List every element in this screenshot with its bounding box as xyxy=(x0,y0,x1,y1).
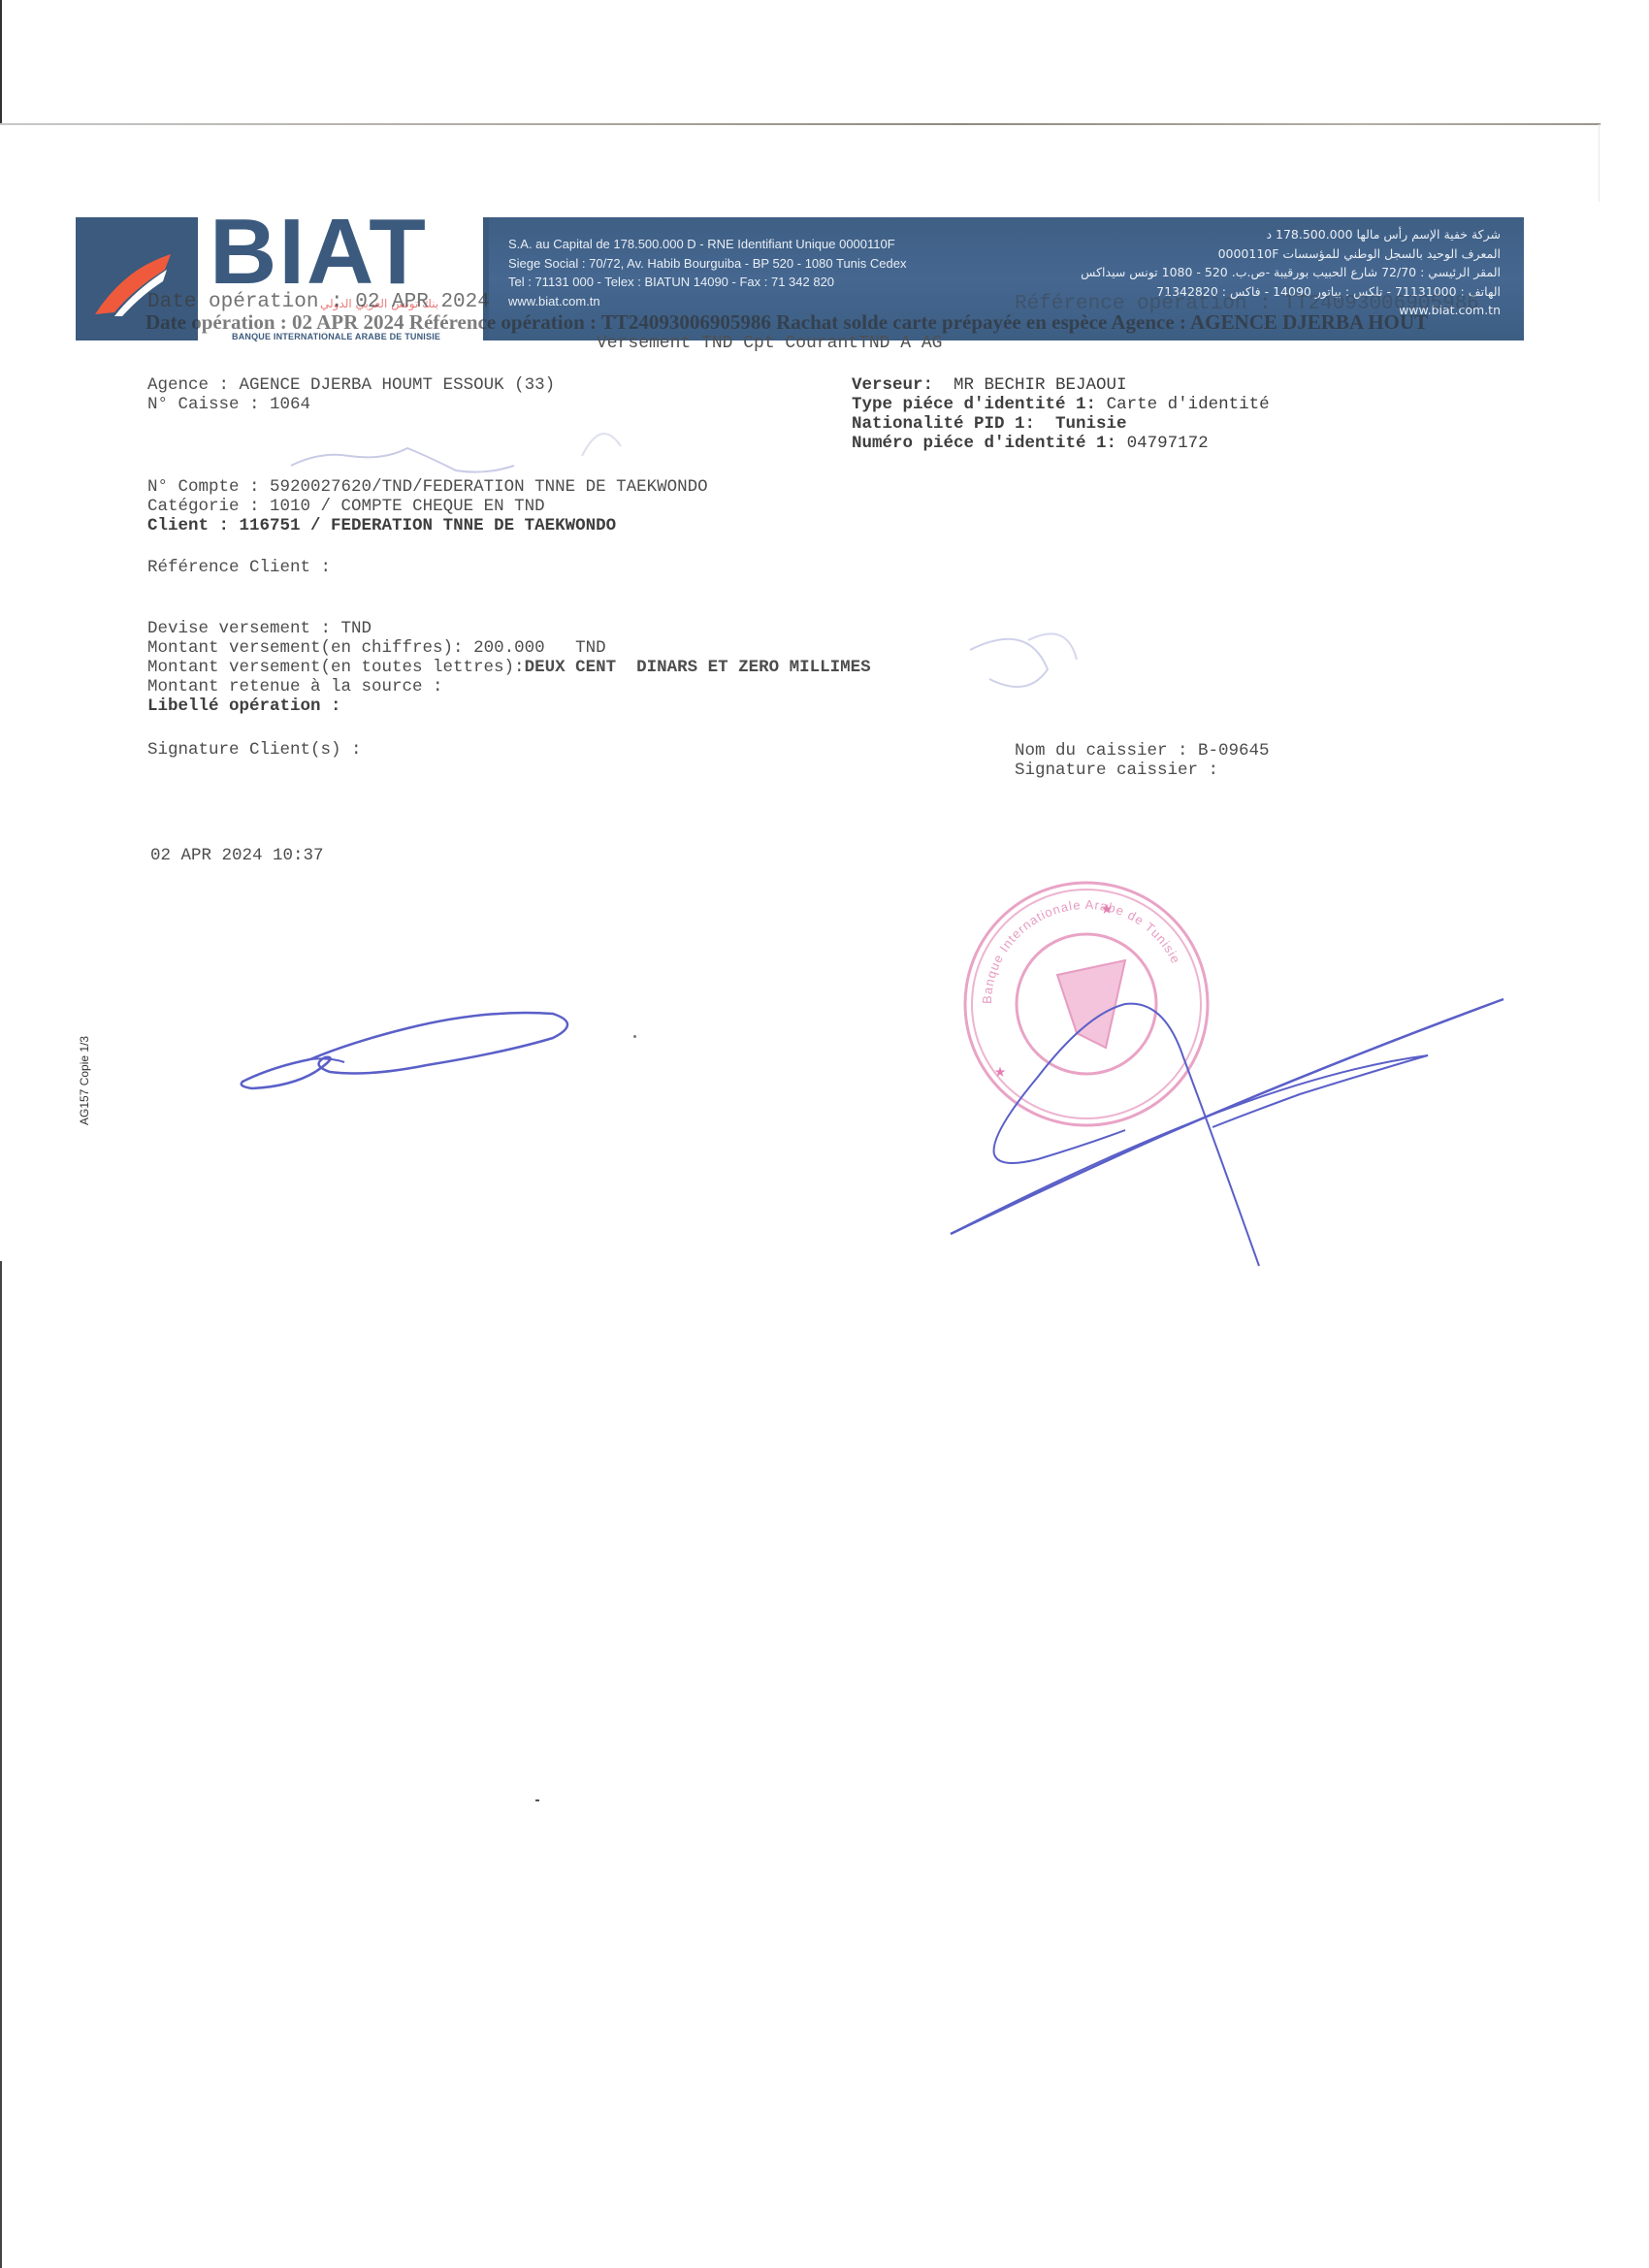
compte-label: N° Compte : xyxy=(147,477,260,497)
montant-lettres-line: Montant versement(en toutes lettres):DEU… xyxy=(147,658,871,678)
caissier-name-value: B-09645 xyxy=(1198,741,1270,761)
agence-line: Agence : AGENCE DJERBA HOUMT ESSOUK (33) xyxy=(147,375,555,396)
type-piece-line: Type piéce d'identité 1: Carte d'identit… xyxy=(852,395,1270,415)
categorie-line: Catégorie : 1010 / COMPTE CHEQUE EN TND xyxy=(147,497,545,517)
type-piece-value: Carte d'identité xyxy=(1107,395,1270,414)
ink-dot xyxy=(633,1035,636,1038)
categorie-label: Catégorie : xyxy=(147,497,260,516)
verseur-line: Verseur: MR BECHIR BEJAOUI xyxy=(852,375,1127,396)
operation-subtitle: Versement TND Cpt CourantTND A AG xyxy=(597,334,942,354)
montant-lettres-label: Montant versement(en toutes lettres): xyxy=(147,658,525,677)
libelle-line: Libellé opération : xyxy=(147,697,351,717)
nationalite-label: Nationalité PID 1: xyxy=(852,414,1035,434)
type-piece-label: Type piéce d'identité 1: xyxy=(852,395,1096,414)
caisse-line: N° Caisse : 1064 xyxy=(147,395,310,415)
verseur-label: Verseur: xyxy=(852,375,933,395)
client-line: Client : 116751 / FEDERATION TNNE DE TAE… xyxy=(147,516,616,536)
scan-edge-bottom xyxy=(0,1261,2,2268)
copy-label: AG157 Copie 1/3 xyxy=(78,1036,91,1125)
montant-chiffres-value: 200.000 TND xyxy=(473,638,606,658)
date-reference-line: Date opération : 02 APR 2024 Référence o… xyxy=(145,310,1428,335)
client-signature xyxy=(233,989,582,1096)
info-ar-line: المعرف الوحيد بالسجل الوطني للمؤسسات 000… xyxy=(1081,244,1501,264)
info-fr-line: S.A. au Capital de 178.500.000 D - RNE I… xyxy=(508,235,907,254)
montant-chiffres-label: Montant versement(en chiffres): xyxy=(147,638,464,658)
caissier-name-label: Nom du caissier : xyxy=(1015,741,1188,761)
nationalite-value: Tunisie xyxy=(1055,414,1127,434)
agence-label: Agence : xyxy=(147,375,229,395)
libelle-label: Libellé opération : xyxy=(147,697,341,716)
devise-line: Devise versement : TND xyxy=(147,619,372,639)
bank-website: www.biat.com.tn xyxy=(508,292,907,311)
numero-piece-label: Numéro piéce d'identité 1: xyxy=(852,434,1116,453)
client-label: Client : xyxy=(147,516,229,535)
verseur-value: MR BECHIR BEJAOUI xyxy=(954,375,1127,395)
info-ar-line: شركة خفية الإسم رأس مالها 178.500.000 د xyxy=(1081,225,1501,244)
info-ar-line: المقر الرئيسي : 72/70 شارع الحبيب بورقيب… xyxy=(1081,263,1501,282)
reference-client-label: Référence Client : xyxy=(147,558,331,577)
print-timestamp: 02 APR 2024 10:37 xyxy=(150,846,324,866)
caissier-name-line: Nom du caissier : B-09645 xyxy=(1015,741,1270,761)
bank-info-french: S.A. au Capital de 178.500.000 D - RNE I… xyxy=(508,235,907,310)
info-fr-line: Tel : 71131 000 - Telex : BIATUN 14090 -… xyxy=(508,273,907,292)
montant-lettres-value: DEUX CENT DINARS ET ZERO MILLIMES xyxy=(525,658,871,677)
brand-name: BIAT xyxy=(210,206,428,299)
ink-dot xyxy=(535,1799,539,1801)
signature-client-label: Signature Client(s) : xyxy=(147,740,362,761)
svg-text:★: ★ xyxy=(1101,898,1113,921)
reference-client-line: Référence Client : xyxy=(147,558,341,578)
compte-value: 5920027620/TND/FEDERATION TNNE DE TAEKWO… xyxy=(270,477,708,497)
retenue-line: Montant retenue à la source : xyxy=(147,677,453,697)
info-fr-line: Siege Social : 70/72, Av. Habib Bourguib… xyxy=(508,254,907,274)
caisse-label: N° Caisse : xyxy=(147,395,260,414)
numero-piece-value: 04797172 xyxy=(1127,434,1209,453)
signature-caissier-label: Signature caissier : xyxy=(1015,761,1218,781)
numero-piece-line: Numéro piéce d'identité 1: 04797172 xyxy=(852,434,1209,454)
cashier-signature xyxy=(931,980,1513,1280)
devise-value: TND xyxy=(341,619,372,638)
devise-label: Devise versement : xyxy=(147,619,331,638)
categorie-value: 1010 / COMPTE CHEQUE EN TND xyxy=(270,497,545,516)
caisse-value: 1064 xyxy=(270,395,310,414)
agence-value: AGENCE DJERBA HOUMT ESSOUK (33) xyxy=(240,375,556,395)
retenue-label: Montant retenue à la source : xyxy=(147,677,443,697)
compte-line: N° Compte : 5920027620/TND/FEDERATION TN… xyxy=(147,477,708,498)
montant-chiffres-line: Montant versement(en chiffres): 200.000 … xyxy=(147,638,606,659)
nationalite-line: Nationalité PID 1: Tunisie xyxy=(852,414,1127,435)
client-value: 116751 / FEDERATION TNNE DE TAEKWONDO xyxy=(240,516,617,535)
